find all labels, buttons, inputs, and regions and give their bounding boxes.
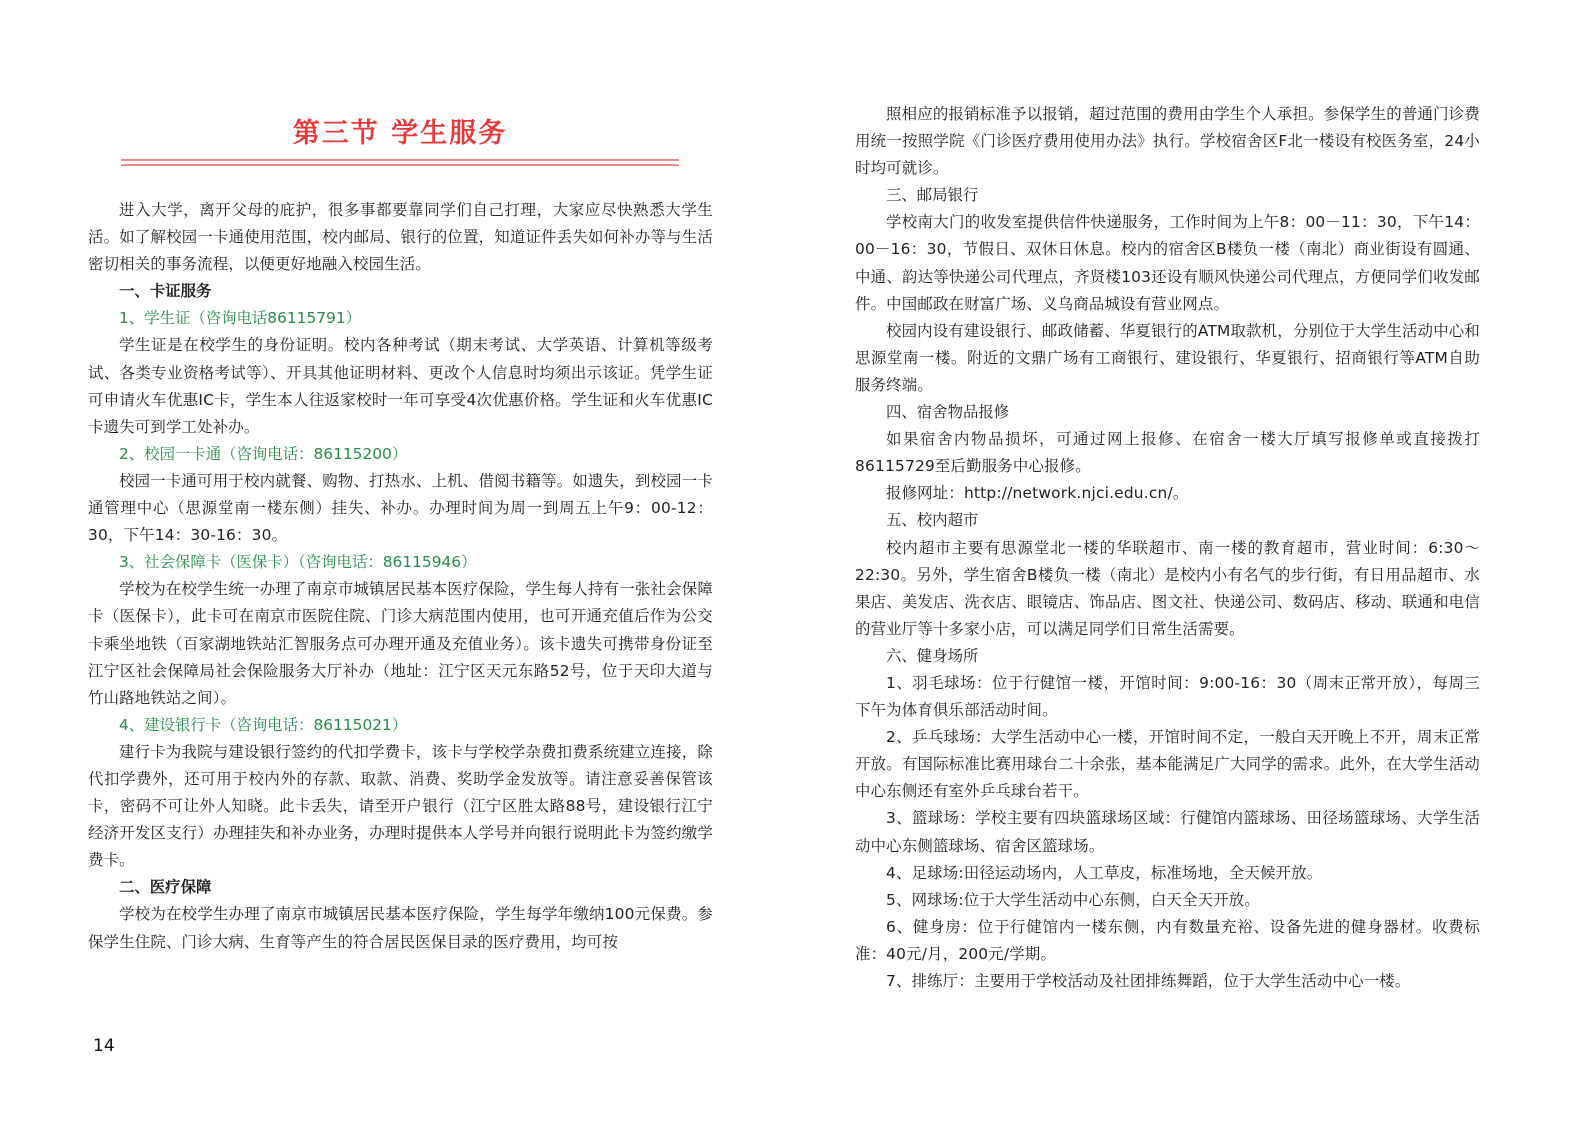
paragraph-medical-insurance: 学校为在校学生办理了南京市城镇居民基本医疗保险，学生每学年缴纳100元保费。参保…	[88, 901, 713, 955]
heading-card-services: 一、卡证服务	[88, 278, 713, 305]
paragraph-dorm-repair: 如果宿舍内物品损坏，可通过网上报修、在宿舍一楼大厅填写报修单或直接拨打86115…	[855, 426, 1480, 480]
paragraph-social-security-card: 学校为在校学生统一办理了南京市城镇居民基本医疗保险，学生每人持有一张社会保障卡（…	[88, 576, 713, 711]
repair-url-label: 报修网址：	[886, 484, 964, 502]
paragraph-student-id: 学生证是在校学生的身份证明。校内各种考试（期末考试、大学英语、计算机等级考试、各…	[88, 332, 713, 440]
repair-url-line: 报修网址：http://network.njci.edu.cn/。	[855, 480, 1480, 507]
fitness-item-badminton: 1、羽毛球场：位于行健馆一楼，开馆时间：9:00-16：30（周末正常开放），每…	[855, 670, 1480, 724]
intro-paragraph: 进入大学，离开父母的庇护，很多事都要靠同学们自己打理，大家应尽快熟悉大学生活。如…	[88, 197, 713, 278]
title-rule-bottom	[121, 164, 679, 166]
paragraph-supermarket: 校内超市主要有思源堂北一楼的华联超市、南一楼的教育超市，营业时间：6:30～22…	[855, 535, 1480, 643]
subheading-ccb-card: 4、建设银行卡（咨询电话：86115021）	[88, 712, 713, 739]
heading-medical-insurance: 二、医疗保障	[88, 874, 713, 901]
left-column: 进入大学，离开父母的庇护，很多事都要靠同学们自己打理，大家应尽快熟悉大学生活。如…	[88, 197, 713, 956]
heading-fitness: 六、健身场所	[855, 643, 1480, 670]
repair-url-link[interactable]: http://network.njci.edu.cn/	[964, 484, 1173, 502]
paragraph-ccb-card: 建行卡为我院与建设银行签约的代扣学费卡，该卡与学校学杂费扣费系统建立连接，除代扣…	[88, 739, 713, 874]
heading-post-bank: 三、邮局银行	[855, 182, 1480, 209]
fitness-item-tennis: 5、网球场:位于大学生活动中心东侧，白天全天开放。	[855, 887, 1480, 914]
heading-dorm-repair: 四、宿舍物品报修	[855, 399, 1480, 426]
heading-supermarket: 五、校内超市	[855, 507, 1480, 534]
page-number: 14	[93, 1036, 115, 1056]
subheading-social-security-card: 3、社会保障卡（医保卡）（咨询电话：86115946）	[88, 549, 713, 576]
subheading-student-id: 1、学生证（咨询电话86115791）	[88, 305, 713, 332]
paragraph-medical-insurance-continued: 照相应的报销标准予以报销，超过范围的费用由学生个人承担。参保学生的普通门诊费用统…	[855, 101, 1480, 182]
title-rule-top	[121, 159, 679, 161]
paragraph-campus-card: 校园一卡通可用于校内就餐、购物、打热水、上机、借阅书籍等。如遗失，到校园一卡通管…	[88, 468, 713, 549]
right-page: 照相应的报销标准予以报销，超过范围的费用由学生个人承担。参保学生的普通门诊费用统…	[785, 0, 1571, 1128]
fitness-item-football: 4、足球场:田径运动场内，人工草皮，标准场地，全天候开放。	[855, 860, 1480, 887]
repair-url-suffix: 。	[1173, 484, 1189, 502]
section-title: 第三节 学生服务	[121, 112, 679, 156]
fitness-item-table-tennis: 2、乒乓球场：大学生活动中心一楼，开馆时间不定，一般白天开晚上不开，周末正常开放…	[855, 724, 1480, 805]
fitness-item-basketball: 3、篮球场：学校主要有四块篮球场区域：行健馆内篮球场、田径场篮球场、大学生活动中…	[855, 805, 1480, 859]
subheading-campus-card: 2、校园一卡通（咨询电话：86115200）	[88, 441, 713, 468]
paragraph-atm: 校园内设有建设银行、邮政储蓄、华夏银行的ATM取款机，分别位于大学生活动中心和思…	[855, 318, 1480, 399]
left-page: 第三节 学生服务 进入大学，离开父母的庇护，很多事都要靠同学们自己打理，大家应尽…	[0, 0, 785, 1128]
paragraph-post-office: 学校南大门的收发室提供信件快递服务，工作时间为上午8：00－11：30，下午14…	[855, 209, 1480, 317]
fitness-item-gym: 6、健身房：位于行健馆内一楼东侧，内有数量充裕、设备先进的健身器材。收费标准：4…	[855, 914, 1480, 968]
right-column: 照相应的报销标准予以报销，超过范围的费用由学生个人承担。参保学生的普通门诊费用统…	[855, 101, 1480, 995]
fitness-item-rehearsal-hall: 7、排练厅：主要用于学校活动及社团排练舞蹈，位于大学生活动中心一楼。	[855, 968, 1480, 995]
